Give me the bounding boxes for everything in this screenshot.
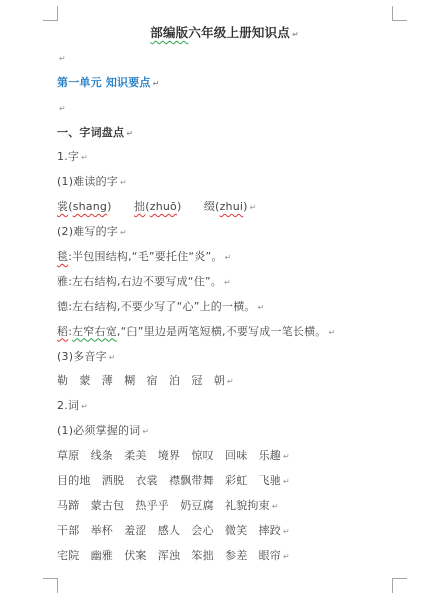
paragraph: 第一单元 知识要点↵ [57, 71, 392, 96]
margin-corner-top-right-mark [392, 6, 407, 21]
paragraph-text: 雅:左右结构,右边不要写成“住”。 [57, 275, 222, 288]
paragraph-mark-icon: ↵ [120, 178, 127, 187]
paragraph-mark-icon: ↵ [59, 104, 66, 113]
paragraph-text: 草原 线条 柔美 境界 惊叹 回味 乐趣 [57, 449, 281, 462]
paragraph-mark-icon: ↵ [126, 129, 133, 138]
paragraph-mark-icon: ↵ [59, 54, 66, 63]
paragraph: 毯:半包围结构,“毛”要托住“炎”。↵ [57, 245, 392, 270]
paragraph-mark-icon: ↵ [81, 153, 88, 162]
paragraph-text: 六年级上册知识点 [188, 25, 290, 40]
paragraph-mark-icon: ↵ [142, 427, 149, 436]
paragraph: 宅院 幽雅 伏案 浑浊 笨拙 参差 眼帘↵ [57, 544, 392, 569]
paragraph-text: zhui [220, 200, 244, 213]
paragraph: 2.词↵ [57, 394, 392, 419]
paragraph: 雅:左右结构,右边不要写成“住”。↵ [57, 270, 392, 295]
paragraph-mark-icon: ↵ [283, 527, 290, 536]
paragraph-text: ) 缀( [177, 200, 220, 213]
paragraph-text: 一、字词盘点 [57, 126, 124, 139]
paragraph: 一、字词盘点↵ [57, 121, 392, 146]
paragraph-mark-icon: ↵ [250, 203, 257, 212]
paragraph-mark-icon: ↵ [120, 228, 127, 237]
paragraph-text: 拙 [134, 200, 145, 213]
paragraph: (2)难写的字↵ [57, 220, 392, 245]
paragraph-text: (1)难读的字 [57, 175, 118, 188]
paragraph: 裳(shang) 拙(zhuō) 缀(zhui)↵ [57, 195, 392, 220]
paragraph-mark-icon: ↵ [225, 253, 232, 262]
paragraph-text: 部编版 [150, 25, 188, 40]
margin-corner-bottom-right-mark [392, 578, 407, 593]
paragraph-mark-icon: ↵ [153, 79, 160, 88]
paragraph-text: 勒 蒙 薄 糊 宿 泊 冠 朝 [57, 374, 225, 387]
paragraph-text: (1)必须掌握的词 [57, 424, 140, 437]
paragraph-mark-icon: ↵ [272, 502, 279, 511]
paragraph: 草原 线条 柔美 境界 惊叹 回味 乐趣↵ [57, 444, 392, 469]
paragraph: (1)难读的字↵ [57, 170, 392, 195]
paragraph: 勒 蒙 薄 糊 宿 泊 冠 朝↵ [57, 369, 392, 394]
paragraph-mark-icon: ↵ [227, 377, 234, 386]
paragraph-text: (2)难写的字 [57, 225, 118, 238]
paragraph: (3)多音字↵ [57, 345, 392, 370]
paragraph: (1)必须掌握的词↵ [57, 419, 392, 444]
paragraph-mark-icon: ↵ [81, 402, 88, 411]
paragraph-text: 第一单元 知识要点 [57, 76, 151, 89]
paragraph: 目的地 洒脱 衣裳 襟飘带舞 彩虹 飞驰↵ [57, 469, 392, 494]
paragraph-mark-icon: ↵ [283, 477, 290, 486]
paragraph-mark-icon: ↵ [283, 452, 290, 461]
paragraph: ↵ [57, 96, 392, 121]
paragraph-mark-icon: ↵ [224, 278, 231, 287]
paragraph-text: :半包围结构,“毛”要托住“炎”。 [68, 250, 222, 263]
paragraph-text: 目的地 洒脱 衣裳 襟飘带舞 彩虹 飞驰 [57, 474, 281, 487]
paragraph: 1.字↵ [57, 145, 392, 170]
paragraph-text: shang [73, 200, 107, 213]
document-content: 部编版六年级上册知识点↵↵第一单元 知识要点↵↵一、字词盘点↵1.字↵(1)难读… [57, 21, 392, 569]
margin-corner-bottom-left-mark [43, 578, 58, 593]
paragraph-mark-icon: ↵ [292, 30, 299, 39]
paragraph-text: (3)多音字 [57, 350, 107, 363]
paragraph-text: 1.字 [57, 150, 79, 163]
paragraph-mark-icon: ↵ [283, 552, 290, 561]
paragraph-text: 德:左右结构,不要少写了“心”上的一横。 [57, 300, 256, 313]
paragraph: 马蹄 蒙古包 热乎乎 奶豆腐 礼貌拘束↵ [57, 494, 392, 519]
paragraph-text: ) [107, 200, 134, 213]
paragraph-text: 毯 [57, 250, 68, 263]
paragraph-text: zhuō [150, 200, 177, 213]
paragraph-text: ) [243, 200, 248, 213]
paragraph-text: 马蹄 蒙古包 热乎乎 奶豆腐 礼貌拘束 [57, 499, 270, 512]
paragraph: 部编版六年级上册知识点↵ [57, 21, 392, 46]
paragraph-mark-icon: ↵ [109, 353, 116, 362]
paragraph-text: 宅院 幽雅 伏案 浑浊 笨拙 参差 眼帘 [57, 549, 281, 562]
paragraph: 稻:左窄右宽,“臼”里边是两笔短横,不要写成一笔长横。↵ [57, 320, 392, 345]
paragraph-text: 干部 举杯 羞涩 感人 会心 微笑 摔跤 [57, 524, 281, 537]
margin-corner-top-left-mark [43, 6, 58, 21]
paragraph-text: 2.词 [57, 399, 79, 412]
paragraph: ↵ [57, 46, 392, 71]
paragraph-text: 裳 [57, 200, 68, 213]
paragraph-text: 稻 [57, 325, 68, 338]
paragraph-text: ,“臼”里边是两笔短横,不要写成一笔长横。 [117, 325, 327, 338]
paragraph-mark-icon: ↵ [258, 303, 265, 312]
document-page: 部编版六年级上册知识点↵↵第一单元 知识要点↵↵一、字词盘点↵1.字↵(1)难读… [0, 0, 440, 596]
paragraph-text: 左窄右宽 [72, 325, 117, 338]
paragraph: 德:左右结构,不要少写了“心”上的一横。↵ [57, 295, 392, 320]
paragraph-mark-icon: ↵ [329, 328, 336, 337]
paragraph: 干部 举杯 羞涩 感人 会心 微笑 摔跤↵ [57, 519, 392, 544]
